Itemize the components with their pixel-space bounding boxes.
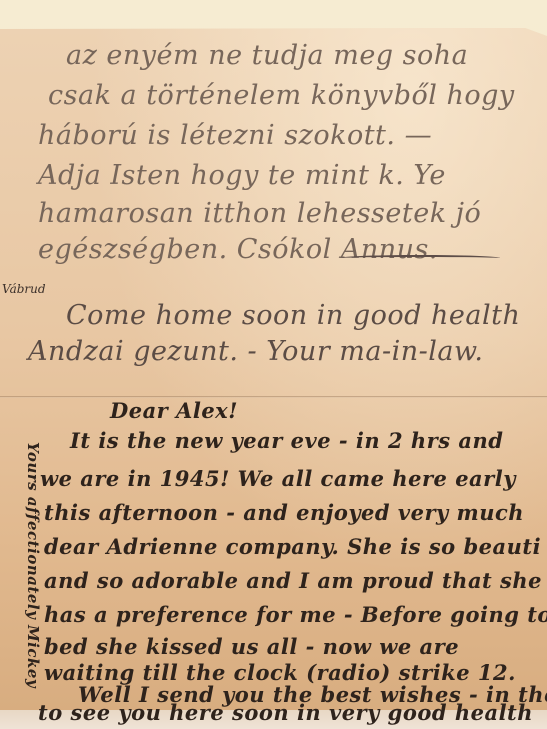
letter-line: we are in 1945! We all came here early (40, 466, 516, 491)
paper-fold-line (0, 396, 547, 398)
letter-line: Adja Isten hogy te mint k. Ye (38, 160, 446, 191)
signature-underline (340, 255, 500, 261)
letter-line: csak a történelem könyvből hogy (48, 80, 515, 111)
salutation: Dear Alex! (110, 398, 238, 423)
vertical-signature: Yours affectionately Mickey (24, 442, 42, 688)
letter-line: bed she kissed us all - now we are (44, 634, 459, 659)
letter-line: Andzai gezunt. - Your ma-in-law. (28, 336, 484, 367)
letter-line: hamarosan itthon lehessetek jó (38, 198, 481, 229)
letter-line: Come home soon in good health (66, 300, 520, 331)
letter-line: this afternoon - and enjoyed very much (44, 500, 524, 525)
letter-line: has a preference for me - Before going t… (44, 602, 547, 627)
letter-line: It is the new year eve - in 2 hrs and (70, 428, 503, 453)
letter-line: to see you here soon in very good health (38, 700, 533, 725)
letter-line: and so adorable and I am proud that she (44, 568, 542, 593)
letter-line: dear Adrienne company. She is so beauti (44, 534, 541, 559)
letter-line: háború is létezni szokott. — (38, 120, 432, 151)
letter-line: az enyém ne tudja meg soha (66, 40, 468, 71)
margin-note: Vábrud (2, 282, 46, 296)
